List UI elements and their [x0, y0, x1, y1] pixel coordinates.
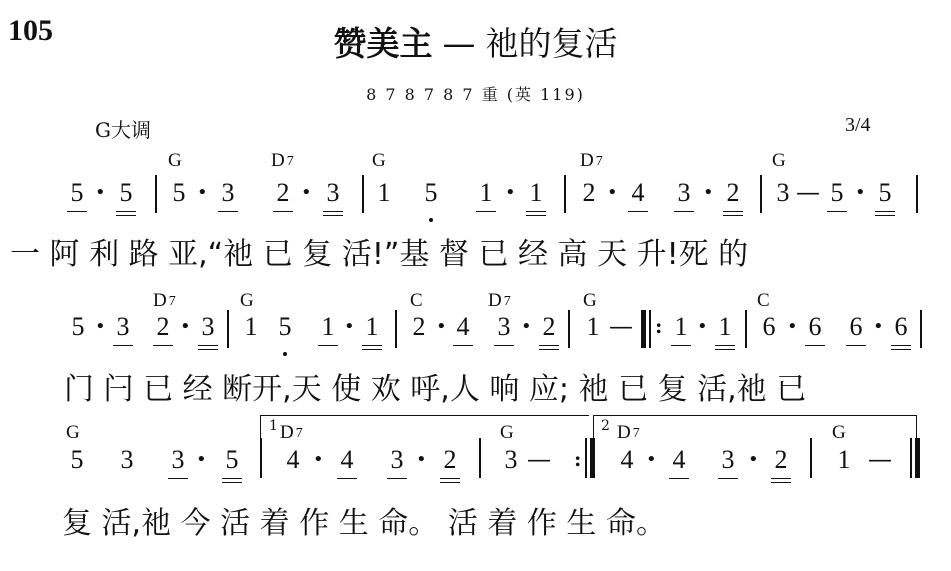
- dash-symbol: —: [796, 178, 820, 206]
- dot-symbol: •: [646, 449, 657, 470]
- chord: C: [757, 290, 770, 312]
- note: 2: [770, 445, 792, 475]
- chord: G: [500, 422, 514, 444]
- title-subtitle: 祂的复活: [486, 24, 618, 63]
- lyrics-line-1: 一 阿 利 路 亚,“祂 已 复 活!”基 督 已 经 高 天 升!死 的: [10, 229, 748, 273]
- note: 5: [221, 445, 243, 475]
- repeat-colon: :: [574, 447, 581, 471]
- bar-line: [810, 438, 812, 478]
- note: 3: [167, 445, 189, 475]
- time-signature: 3/4: [845, 114, 871, 137]
- note: 5: [66, 178, 88, 208]
- dot-symbol: •: [416, 449, 427, 470]
- note: 6: [890, 312, 912, 342]
- key-signature: G大调: [95, 114, 151, 143]
- chord: D7: [617, 422, 640, 444]
- note: 3: [112, 312, 134, 342]
- note: 3: [116, 445, 138, 475]
- note-low-octave: 5: [420, 178, 442, 208]
- dot-symbol: •: [703, 182, 714, 203]
- dot-symbol: •: [873, 316, 884, 337]
- bar-line: [760, 175, 762, 213]
- chord: D7: [280, 422, 303, 444]
- note: 3: [217, 178, 239, 208]
- lyrics-line-3: 复 活,祂 今 活 着 作 生 命。 活 着 作 生 命。: [62, 498, 666, 542]
- note: 6: [758, 312, 780, 342]
- note: 6: [845, 312, 867, 342]
- dot-symbol: •: [855, 182, 866, 203]
- bar-line: [260, 438, 262, 478]
- bar-line: [155, 175, 157, 213]
- dot-symbol: •: [197, 182, 208, 203]
- chord: D7: [153, 290, 176, 312]
- dot-symbol: •: [521, 316, 532, 337]
- repeat-start-barline: [641, 310, 646, 348]
- note: 5: [67, 312, 89, 342]
- dot-symbol: •: [748, 449, 759, 470]
- note: 5: [115, 178, 137, 208]
- note: 1: [317, 312, 339, 342]
- note: 2: [408, 312, 430, 342]
- note-low-octave: 5: [274, 312, 296, 342]
- note: 2: [152, 312, 174, 342]
- repeat-colon: :: [655, 314, 662, 338]
- note: 4: [452, 312, 474, 342]
- dot-symbol: •: [196, 449, 207, 470]
- bar-line: [564, 175, 566, 213]
- chord: C: [410, 290, 423, 312]
- meter-info: 8 7 8 7 8 7 重 (英 119): [0, 82, 951, 105]
- chord: G: [372, 150, 386, 172]
- chord: G: [583, 290, 597, 312]
- bar-line: [916, 175, 918, 213]
- dot-symbol: •: [787, 316, 798, 337]
- bar-line: [479, 438, 481, 478]
- hymn-title: 赞美主—祂的复活: [0, 18, 951, 65]
- dot-symbol: •: [607, 182, 618, 203]
- chord: D7: [580, 150, 603, 172]
- note: 1: [240, 312, 262, 342]
- note: 4: [282, 445, 304, 475]
- note: 1: [373, 178, 395, 208]
- dash-symbol: —: [868, 445, 892, 473]
- note: 2: [578, 178, 600, 208]
- first-ending-number: 1: [269, 418, 278, 434]
- note: 1: [582, 312, 604, 342]
- note: 3: [717, 445, 739, 475]
- note: 3: [322, 178, 344, 208]
- note: 5: [168, 178, 190, 208]
- note: 2: [538, 312, 560, 342]
- note: 4: [668, 445, 690, 475]
- note: 3: [500, 445, 522, 475]
- dot-symbol: •: [697, 316, 708, 337]
- note: 1: [833, 445, 855, 475]
- note: 2: [272, 178, 294, 208]
- repeat-thin-barline: [585, 438, 587, 478]
- note: 4: [616, 445, 638, 475]
- note: 1: [361, 312, 383, 342]
- bar-line: [745, 310, 747, 348]
- title-separator: —: [443, 24, 476, 63]
- note: 3: [386, 445, 408, 475]
- dot-symbol: •: [95, 316, 106, 337]
- note: 4: [336, 445, 358, 475]
- chord: G: [240, 290, 254, 312]
- chord: D7: [271, 150, 294, 172]
- note: 1: [525, 178, 547, 208]
- dot-symbol: •: [313, 449, 324, 470]
- final-thick-barline: [915, 438, 920, 478]
- chord: G: [168, 150, 182, 172]
- dash-symbol: —: [527, 445, 551, 473]
- dot-symbol: •: [436, 316, 447, 337]
- note: 3: [673, 178, 695, 208]
- lyrics-line-2: 门 闩 已 经 断开,天 使 欢 呼,人 响 应; 祂 已 复 活,祂 已: [64, 364, 806, 408]
- note: 3: [493, 312, 515, 342]
- bar-line: [395, 310, 397, 348]
- note: 2: [722, 178, 744, 208]
- chord: G: [832, 422, 846, 444]
- second-ending-bracket: [593, 415, 917, 446]
- second-ending-number: 2: [601, 418, 610, 434]
- final-thin-barline: [910, 438, 912, 478]
- bar-line: [568, 310, 570, 348]
- note: 5: [66, 445, 88, 475]
- note: 5: [826, 178, 848, 208]
- bar-line: [362, 175, 364, 213]
- note: 4: [627, 178, 649, 208]
- note: 6: [804, 312, 826, 342]
- chord: G: [772, 150, 786, 172]
- dot-symbol: •: [505, 182, 516, 203]
- note: 2: [439, 445, 461, 475]
- note: 3: [772, 178, 794, 208]
- repeat-end-barline: [590, 438, 595, 478]
- chord: D7: [488, 290, 511, 312]
- note: 1: [670, 312, 692, 342]
- repeat-thin-barline: [649, 310, 651, 348]
- bar-line: [920, 310, 922, 348]
- bar-line: [227, 310, 229, 348]
- note: 5: [874, 178, 896, 208]
- first-ending-bracket: [260, 415, 589, 446]
- note: 1: [714, 312, 736, 342]
- dash-symbol: —: [609, 312, 633, 340]
- dot-symbol: •: [95, 182, 106, 203]
- dot-symbol: •: [180, 316, 191, 337]
- dot-symbol: •: [301, 182, 312, 203]
- chord: G: [66, 422, 80, 444]
- note: 1: [475, 178, 497, 208]
- note: 3: [197, 312, 219, 342]
- dot-symbol: •: [344, 316, 355, 337]
- title-main: 赞美主: [334, 24, 433, 63]
